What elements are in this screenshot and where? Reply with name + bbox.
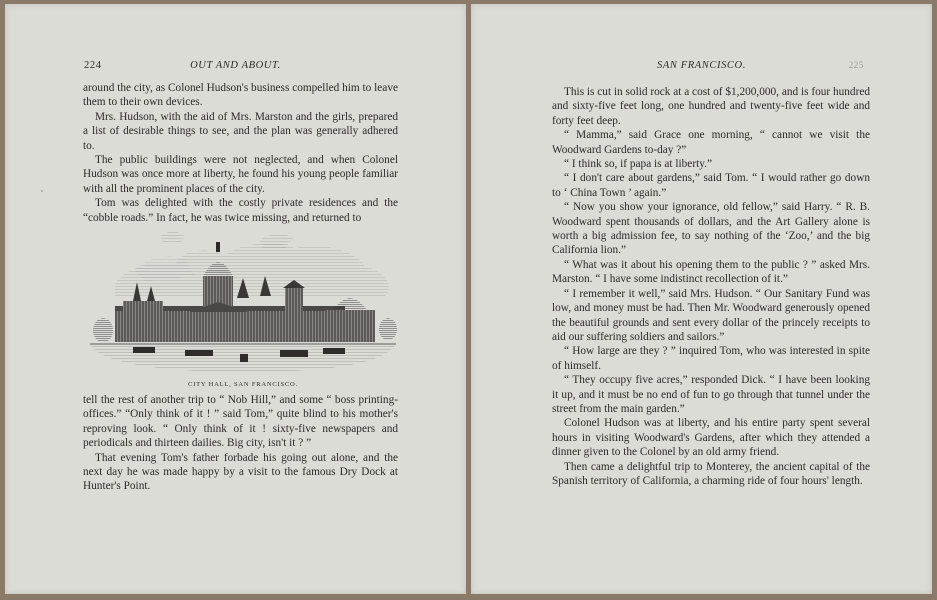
paragraph: “ They occupy five acres,” responded Dic… — [552, 373, 870, 416]
engraving-illustration-icon — [85, 226, 401, 376]
paper-speck — [41, 190, 43, 192]
paragraph: That evening Tom's father forbade his go… — [83, 451, 398, 494]
left-page-header: 224 OUT AND ABOUT. — [5, 60, 466, 74]
paragraph: Then came a delightful trip to Monterey,… — [552, 460, 870, 489]
paragraph: “ Now you show your ignorance, old fello… — [552, 200, 870, 258]
figure-caption: City Hall, San Francisco. — [85, 381, 401, 388]
paragraph: “ How large are they ? ” inquired Tom, w… — [552, 344, 870, 373]
paragraph: “ I remember it well,” said Mrs. Hudson.… — [552, 287, 870, 345]
paragraph: around the city, as Colonel Hudson's bus… — [83, 81, 398, 110]
right-page: SAN FRANCISCO. 225 This is cut in solid … — [471, 4, 932, 594]
running-title: OUT AND ABOUT. — [5, 60, 466, 71]
paragraph: “ I don't care about gardens,” said Tom.… — [552, 171, 870, 200]
paragraph: Tom was delighted with the costly privat… — [83, 196, 398, 225]
paragraph: “ Mamma,” said Grace one morning, “ cann… — [552, 128, 870, 157]
paragraph: tell the rest of another trip to “ Nob H… — [83, 393, 398, 451]
city-hall-illustration: City Hall, San Francisco. — [85, 226, 401, 391]
page-number: 225 — [849, 60, 864, 70]
paragraph: Mrs. Hudson, with the aid of Mrs. Marsto… — [83, 110, 398, 153]
right-page-header: SAN FRANCISCO. 225 — [471, 60, 932, 74]
paragraph: The public buildings were not neglected,… — [83, 153, 398, 196]
paragraph: Colonel Hudson was at liberty, and his e… — [552, 416, 870, 459]
paragraph: “ What was it about his opening them to … — [552, 258, 870, 287]
left-page: 224 OUT AND ABOUT. around the city, as C… — [5, 4, 466, 594]
paragraph: “ I think so, if papa is at liberty.” — [552, 157, 870, 171]
body-text-bottom: tell the rest of another trip to “ Nob H… — [83, 393, 398, 494]
body-text: This is cut in solid rock at a cost of $… — [552, 85, 870, 488]
paragraph: This is cut in solid rock at a cost of $… — [552, 85, 870, 128]
body-text-top: around the city, as Colonel Hudson's bus… — [83, 81, 398, 225]
